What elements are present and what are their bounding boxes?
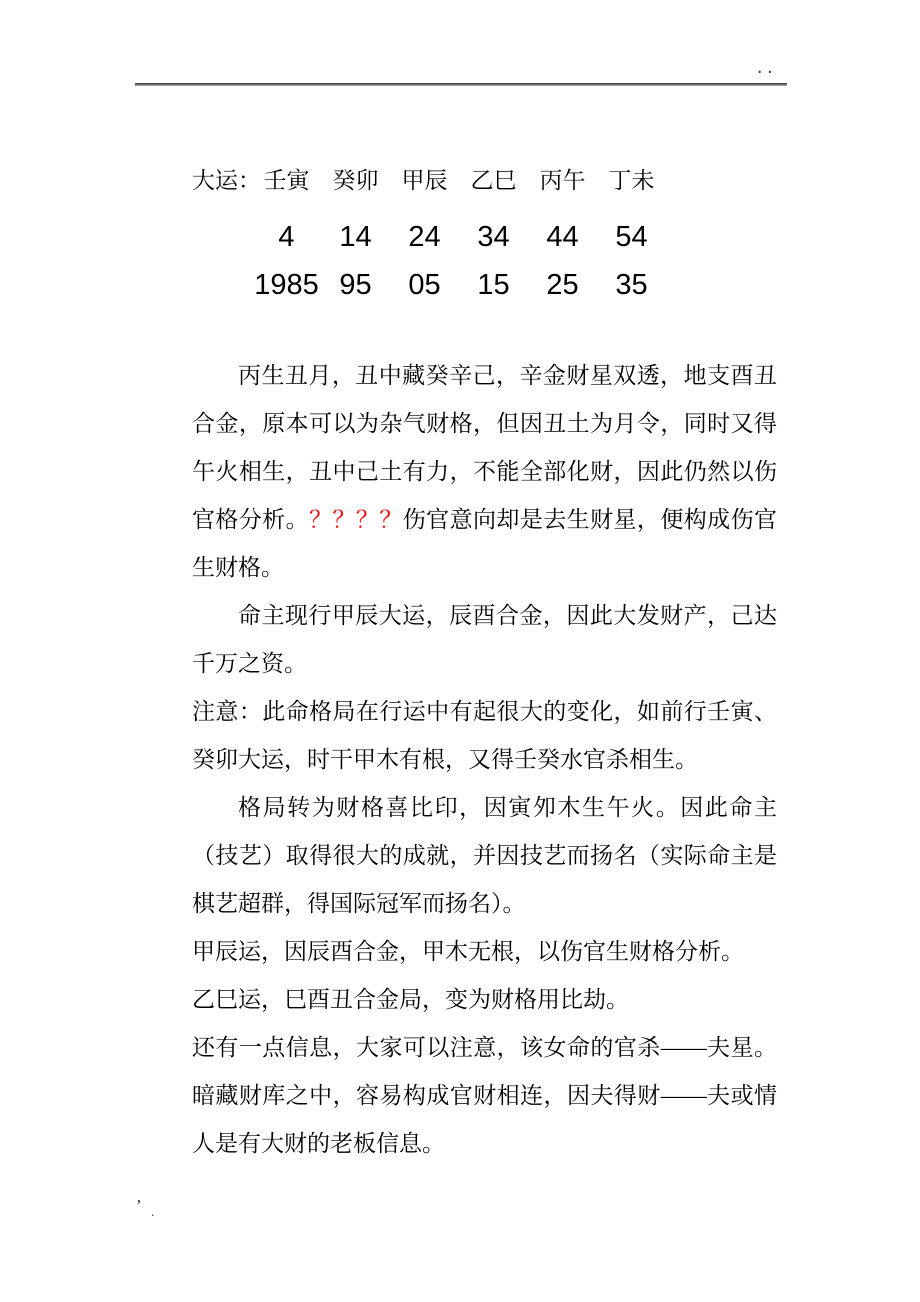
- text-run: 格局转为财格喜比印，因寅夘木生午火。因此命主（技艺）取得很大的成就，并因技艺而扬…: [192, 795, 777, 916]
- dayun-year-cell: 15: [459, 268, 528, 302]
- dayun-age-cell: 14: [321, 220, 390, 254]
- paragraph: 甲辰运，因辰酉合金，甲木无根，以伤官生财格分析。: [192, 928, 777, 976]
- dayun-years-row: 19859505152535: [252, 268, 666, 302]
- body-text: 丙生丑月，丑中藏癸辛己，辛金财星双透，地支酉丑合金，原本可以为杂气财格，但因丑土…: [192, 352, 777, 1168]
- paragraph: 格局转为财格喜比印，因寅夘木生午火。因此命主（技艺）取得很大的成就，并因技艺而扬…: [192, 784, 777, 928]
- header-rule: [135, 83, 787, 86]
- dayun-year-cell: 25: [528, 268, 597, 302]
- dayun-pillar-cell: 癸卯: [321, 166, 390, 196]
- dayun-year-cell: 35: [597, 268, 666, 302]
- dayun-age-cell: 44: [528, 220, 597, 254]
- text-run: 注意：此命格局在行运中有起很大的变化，如前行壬寅、癸卯大运，时干甲木有根，又得壬…: [192, 699, 777, 772]
- dayun-pillars-row: 壬寅癸卯甲辰乙巳丙午丁未: [252, 166, 666, 196]
- dayun-year-cell: 95: [321, 268, 390, 302]
- dayun-pillar-cell: 丁未: [597, 166, 666, 196]
- text-run: 命主现行甲辰大运，辰酉合金，因此大发财产，己达千万之资。: [192, 603, 777, 676]
- text-run: 甲辰运，因辰酉合金，甲木无根，以伤官生财格分析。: [192, 939, 744, 964]
- dayun-label: 大运：: [192, 166, 261, 196]
- text-run: 还有一点信息，大家可以注意，该女命的官杀——夫星。暗藏财库之中，容易构成官财相连…: [192, 1035, 777, 1156]
- paragraph: 注意：此命格局在行运中有起很大的变化，如前行壬寅、癸卯大运，时干甲木有根，又得壬…: [192, 688, 777, 784]
- text-run: 乙巳运，巳酉丑合金局，变为财格用比劫。: [192, 987, 629, 1012]
- dayun-age-cell: 4: [252, 220, 321, 254]
- footer-artifact-dot: .: [151, 1206, 155, 1220]
- paragraph: 丙生丑月，丑中藏癸辛己，辛金财星双透，地支酉丑合金，原本可以为杂气财格，但因丑土…: [192, 352, 777, 592]
- dayun-pillar-cell: 壬寅: [252, 166, 321, 196]
- dayun-pillar-cell: 乙巳: [459, 166, 528, 196]
- red-question-marks: ？？？？: [309, 507, 403, 532]
- dayun-year-cell: 1985: [252, 268, 321, 302]
- dayun-pillar-cell: 甲辰: [390, 166, 459, 196]
- paragraph: 乙巳运，巳酉丑合金局，变为财格用比劫。: [192, 976, 777, 1024]
- dayun-year-cell: 05: [390, 268, 459, 302]
- header-artifact-dots: ..: [756, 63, 776, 75]
- paragraph: 命主现行甲辰大运，辰酉合金，因此大发财产，己达千万之资。: [192, 592, 777, 688]
- footer-artifact-mark: ’: [136, 1197, 142, 1214]
- dayun-pillar-cell: 丙午: [528, 166, 597, 196]
- dayun-age-cell: 54: [597, 220, 666, 254]
- dayun-ages-row: 41424344454: [252, 220, 666, 254]
- dayun-age-cell: 34: [459, 220, 528, 254]
- paragraph: 还有一点信息，大家可以注意，该女命的官杀——夫星。暗藏财库之中，容易构成官财相连…: [192, 1024, 777, 1168]
- document-page: .. 大运： 壬寅癸卯甲辰乙巳丙午丁未 41424344454 19859505…: [0, 0, 920, 1302]
- dayun-age-cell: 24: [390, 220, 459, 254]
